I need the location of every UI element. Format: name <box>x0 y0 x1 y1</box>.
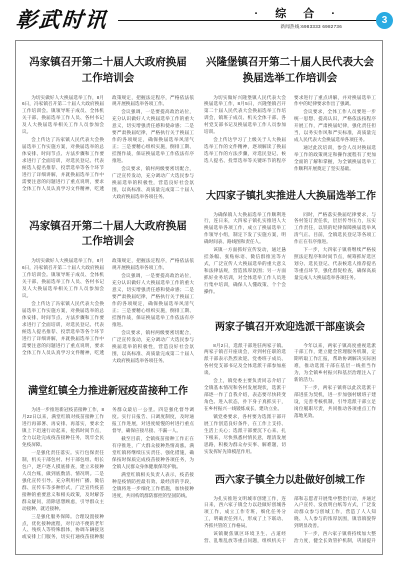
body-paragraph: 会议要求，全体工作人员要进一步统一思想、提高认识，严格依法按程序开展工作，严肃换… <box>294 109 376 144</box>
body-paragraph: 满堂红镇相关负责人表示，疫苗接种是疫情防控最有效、最经济的手段，全镇将进一步细化… <box>112 472 194 500</box>
body-paragraph: 会议强调，一是要提高政治站位，充分认识做好人大换届选举工作的重大意义，切实增强责… <box>112 109 194 165</box>
article-headline: 大四家子镇扎实推进人大换届选举工作 <box>206 189 374 204</box>
article-mantanghong: 满堂红镇全力推进新冠疫苗接种工作 为进一步推进新冠疫苗接种工作，8月22日以来，… <box>22 378 194 546</box>
body-paragraph: 为扎实推进文明城市创建工作，连日来，西六家子镇全力以赴做好创城各项工作，成立工作… <box>204 496 286 531</box>
article-body: 为切实做好人大换届选举工作，8月6日，冯家镇召开第二十届人大政府换届工作培训会。… <box>22 258 194 366</box>
body-paragraph: 会议要求，镇村两级要密切配合，广泛宣传发动，充分调动广大选民参与换届选举的积极性… <box>112 166 194 201</box>
headline-line: 大四家子镇扎实推进人大换届选举工作 <box>206 189 374 204</box>
body-paragraph: 为进一步推进新冠疫苗接种工作，8月22日以来，满堂红镇对疫苗接种工作进行再部署、… <box>22 407 104 449</box>
body-paragraph: 下一步，大四家子镇将继续严格按照法定程序和时间节点，统筹抓好选区划分、选民登记、… <box>294 247 376 282</box>
body-paragraph: 8月2日，选派干部进驻两家子镇。两家子镇召开座谈会，对到村任职的选派干部表示热烈… <box>204 343 286 378</box>
body-paragraph: 该镇一方面抓好宣传发动，通过悬挂条幅、张贴标语、微信群推送等方式，广泛宣传人大换… <box>204 247 286 296</box>
article-body: 为切实做好兴隆堡镇人民代表大会换届选举工作，8月5日，兴隆堡镇召开第二十届人民代… <box>204 95 376 175</box>
body-paragraph: 今年以来，两家子镇高度重视选派干部工作，建立健全管理服务机制，定期听取工作汇报，… <box>294 343 376 385</box>
hotline-text: 新闻热线:6983333 6982736 <box>280 24 342 30</box>
body-paragraph: 为确保镇人大换届选举工作顺利进行，连日来，大四家子镇扎实推进人大换届选举各项工作… <box>204 212 286 247</box>
article-body: 8月2日，选派干部进驻两家子镇。两家子镇召开座谈会，对到村任职的选派干部表示热烈… <box>204 343 376 459</box>
body-paragraph: 为切实做好人大换届选举工作，8月6日，冯家镇召开第二十届人大政府换届工作培训会。… <box>22 95 104 137</box>
article-headline: 兴隆堡镇召开第二十届人民代表大会 换届选举工作培训会 <box>206 55 374 87</box>
article-xiliujiazi: 西六家子镇全力以赴做好创城工作 为扎实推进文明城市创建工作，连日来，西六家子镇全… <box>204 467 376 552</box>
article-headline: 冯家镇召开第二十届人大政府换届 工作培训会 <box>24 219 192 251</box>
headline-line: 工作培训会 <box>24 234 192 250</box>
article-fengjia-2: 冯家镇召开第二十届人大政府换届 工作培训会 为切实做好人大换届选举工作，8月6日… <box>22 213 194 367</box>
headline-line: 冯家镇召开第二十届人大政府换届 <box>24 219 192 235</box>
body-paragraph: 同时，严格落实换届纪律要求，与各村签订责任状，层层传导压力，压实工作责任，以铁的… <box>294 212 376 247</box>
body-paragraph: 镇党委要求，各村要为选派干部开展工作创造良好条件，在工作上支持、生活上关心；选派… <box>204 414 286 456</box>
body-paragraph: 通过此次培训，参会人员对换届选举工作的政策规定和操作流程有了更加全面的了解和掌握… <box>294 145 376 173</box>
body-paragraph: 会上，镇党委主要负责同志介绍了全镇基本情况和各村发展现状，选派干部逐一作了自我介… <box>204 378 286 413</box>
article-body: 为进一步推进新冠疫苗接种工作，8月22日以来，满堂红镇对疫苗接种工作进行再部署、… <box>22 407 194 545</box>
body-paragraph: 截至目前，全镇疫苗接种工作正在有序推进，广大群众接种热情高涨。满堂红镇将继续压实… <box>112 436 194 471</box>
article-headline: 两家子镇召开欢迎选派干部座谈会 <box>206 320 374 335</box>
headline-line: 西六家子镇全力以赴做好创城工作 <box>206 473 374 488</box>
section-label: · 综 合 · <box>255 5 343 21</box>
left-column: 冯家镇召开第二十届人大政府换届 工作培训会 为切实做好人大换届选举工作，8月6日… <box>22 49 194 546</box>
headline-line: 兴隆堡镇召开第二十届人民代表大会 <box>206 55 374 71</box>
article-headline: 西六家子镇全力以赴做好创城工作 <box>206 473 374 488</box>
body-paragraph: 会议要求，镇村两级要密切配合，广泛宣传发动，充分调动广大选民参与换届选举的积极性… <box>112 330 194 365</box>
article-body: 为确保镇人大换届选举工作顺利进行，连日来，大四家子镇扎实推进人大换届选举各项工作… <box>204 212 376 306</box>
article-headline: 满堂红镇全力推进新冠疫苗接种工作 <box>24 384 192 399</box>
headline-line: 换届选举工作培训会 <box>206 71 374 87</box>
body-paragraph: 为切实做好兴隆堡镇人民代表大会换届选举工作，8月5日，兴隆堡镇召开第二十届人民代… <box>204 95 286 137</box>
article-headline: 冯家镇召开第二十届人大政府换届 工作培训会 <box>24 55 192 87</box>
article-body: 为切实做好人大换届选举工作，8月6日，冯家镇召开第二十届人大政府换届工作培训会。… <box>22 95 194 203</box>
masthead-logo: 彰武时讯 <box>15 4 110 34</box>
headline-line: 满堂红镇全力推进新冠疫苗接种工作 <box>24 384 192 399</box>
body-paragraph: 为切实做好人大换届选举工作，8月6日，冯家镇召开第二十届人大政府换届工作培训会。… <box>22 258 104 300</box>
article-fengjia-1: 冯家镇召开第二十届人大政府换届 工作培训会 为切实做好人大换届选举工作，8月6日… <box>22 49 194 203</box>
article-body: 为扎实推进文明城市创建工作，连日来，西六家子镇全力以赴做好创城各项工作，成立工作… <box>204 496 376 552</box>
newspaper-page: 彰武时讯 · 综 合 · 新闻热线:6983333 6982736 3 冯家镇召… <box>0 0 400 567</box>
body-paragraph: 下一步，两家子镇将以此次选派干部进驻为契机，进一步加强村级班子建设，完善考核机制… <box>294 385 376 420</box>
header-rule <box>118 20 382 21</box>
content-border-box: 冯家镇召开第二十届人大政府换届 工作培训会 为切实做好人大换届选举工作，8月6日… <box>15 40 383 555</box>
article-liangjiazi: 两家子镇召开欢迎选派干部座谈会 8月2日，选派干部进驻两家子镇。两家子镇召开座谈… <box>204 314 376 459</box>
article-dasijiazi: 大四家子镇扎实推进人大换届选举工作 为确保镇人大换届选举工作顺利进行，连日来，大… <box>204 183 376 306</box>
headline-line: 两家子镇召开欢迎选派干部座谈会 <box>206 320 374 335</box>
page-number-badge: 3 <box>376 12 393 29</box>
headline-line: 工作培训会 <box>24 71 192 87</box>
body-paragraph: 会议强调，一是要提高政治站位，充分认识做好人大换届选举工作的重大意义，切实增强责… <box>112 273 194 329</box>
headline-line: 冯家镇召开第二十届人大政府换届 <box>24 55 192 71</box>
article-xinglongbao: 兴隆堡镇召开第二十届人民代表大会 换届选举工作培训会 为切实做好兴隆堡镇人民代表… <box>204 49 376 175</box>
body-paragraph: 一是强化责任落实。实行包保责任制，机关干部包村、村干部包组、组长包户，逐户逐人摸… <box>22 450 104 513</box>
right-column: 兴隆堡镇召开第二十届人民代表大会 换届选举工作培训会 为切实做好兴隆堡镇人民代表… <box>204 49 376 546</box>
